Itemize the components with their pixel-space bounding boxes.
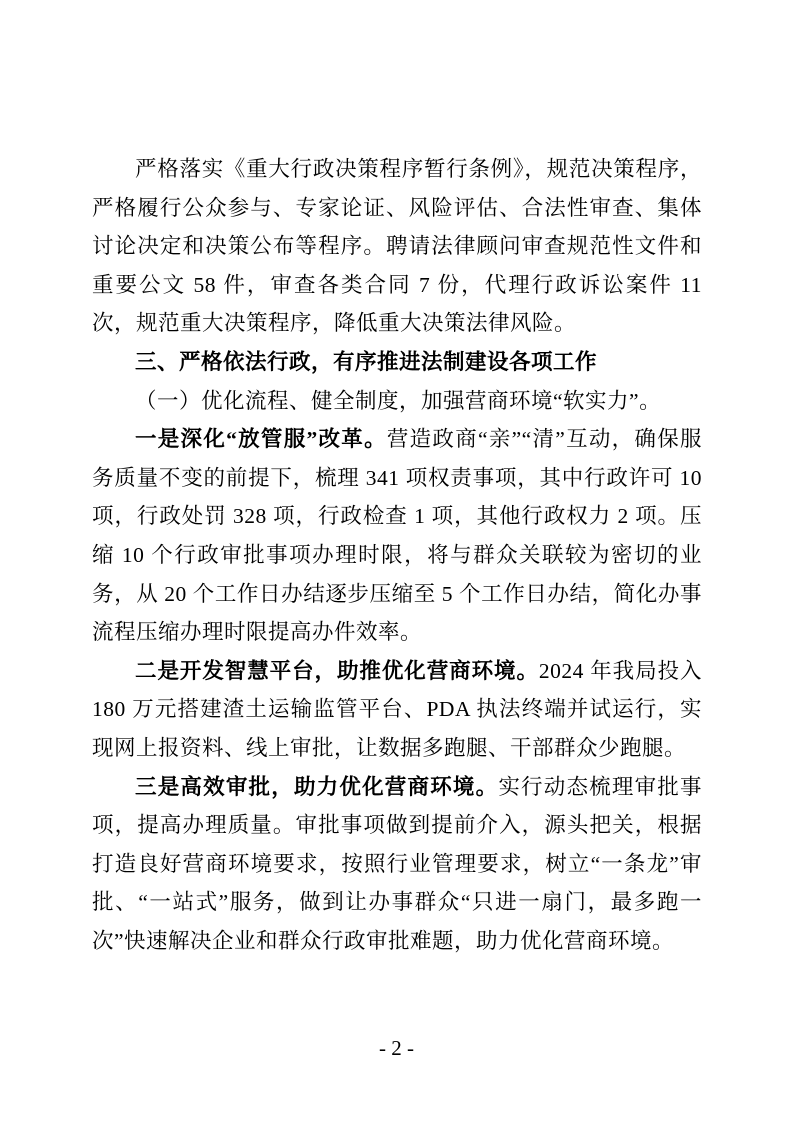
paragraph-efficient-approval: 三是高效审批，助力优化营商环境。实行动态梳理审批事项，提高办理质量。审批事项做到… bbox=[92, 768, 702, 961]
paragraph-text-reform: 营造政商“亲”“清”互动，确保服务质量不变的前提下，梳理 341 项权责事项，其… bbox=[92, 427, 702, 644]
page-number: - 2 - bbox=[0, 1036, 793, 1060]
paragraph-fangguanfu-reform: 一是深化“放管服”改革。营造政商“亲”“清”互动，确保服务质量不变的前提下，梳理… bbox=[92, 420, 702, 652]
document-page: 严格落实《重大行政决策程序暂行条例》，规范决策程序，严格履行公众参与、专家论证、… bbox=[0, 0, 793, 1122]
paragraph-smart-platform: 二是开发智慧平台，助推优化营商环境。2024 年我局投入 180 万元搭建渣土运… bbox=[92, 652, 702, 768]
paragraph-text-approval: 实行动态梳理审批事项，提高办理质量。审批事项做到提前介入，源头把关，根据打造良好… bbox=[92, 775, 702, 953]
paragraph-legal-decision: 严格落实《重大行政决策程序暂行条例》，规范决策程序，严格履行公众参与、专家论证、… bbox=[92, 150, 702, 343]
section-heading-three: 三、严格依法行政，有序推进法制建设各项工作 bbox=[92, 343, 702, 382]
paragraph-lead-approval: 三是高效审批，助力优化营商环境。 bbox=[135, 775, 498, 799]
subsection-heading-one: （一）优化流程、健全制度，加强营商环境“软实力”。 bbox=[92, 382, 702, 421]
document-body: 严格落实《重大行政决策程序暂行条例》，规范决策程序，严格履行公众参与、专家论证、… bbox=[92, 150, 702, 960]
paragraph-lead-platform: 二是开发智慧平台，助推优化营商环境。 bbox=[135, 659, 539, 683]
paragraph-lead-reform: 一是深化“放管服”改革。 bbox=[135, 427, 387, 451]
